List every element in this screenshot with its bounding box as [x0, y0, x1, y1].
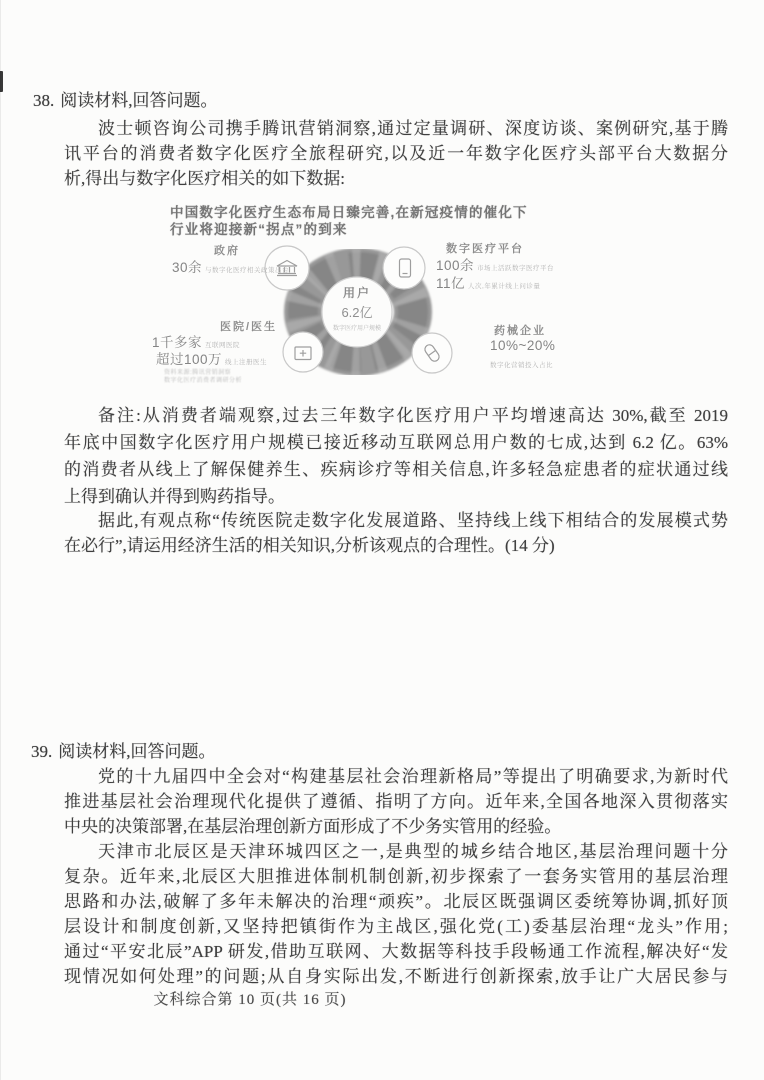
text-line: 在必行”,请运用经济生活的相关知识,分析该观点的合理性。(14 分) — [64, 533, 728, 558]
text-line: 复杂。近年来,北辰区大胆推进体制机制创新,初步探索了一套务实管用的基层治理 — [64, 864, 728, 889]
hospital-desc2: 线上注册医生 — [225, 359, 267, 366]
q38-task-paragraph: 据此,有观点称“传统医院走数字化发展道路、坚持线上线下相结合的发展模式势 在必行… — [64, 508, 728, 558]
q39-paragraph-1: 党的十九届四中全会对“构建基层社会治理新格局”等提出了明确要求,为新时代 推进基… — [64, 764, 728, 839]
scanned-exam-page: 38.阅读材料,回答问题。 波士顿咨询公司携手腾讯营销洞察,通过定量调研、深度访… — [0, 0, 764, 1080]
text-line: 中央的决策部署,在基层治理创新方面形成了不少务实管用的经验。 — [64, 814, 728, 839]
question-prompt: 阅读材料,回答问题。 — [58, 742, 215, 761]
digital-healthcare-ecosystem-diagram: 中国数字化医疗生态布局日臻完善,在新冠疫情的催化下 行业将迎接新“拐点”的到来 — [150, 202, 650, 402]
text-line: 据此,有观点称“传统医院走数字化发展道路、坚持线上线下相结合的发展模式势 — [64, 508, 728, 533]
platform-value1: 100余 — [436, 258, 474, 273]
platform-desc2: 人次,年累计线上问诊量 — [468, 283, 540, 290]
hospital-value2: 超过100万 — [156, 352, 222, 367]
scan-edge-mark — [0, 71, 3, 92]
text-line: 层设计和制度创新,又坚持把镇街作为主战区,强化党(工)委基层治理“龙头”作用; — [64, 914, 728, 939]
question-38-heading: 38.阅读材料,回答问题。 — [33, 86, 218, 111]
pharma-stat: 10%~20% — [490, 337, 555, 355]
platform-value2: 11亿 — [436, 276, 465, 291]
text-line: 析,得出与数字化医疗相关的如下数据: — [64, 166, 728, 191]
q39-paragraph-2: 天津市北辰区是天津环城四区之一,是典型的城乡结合地区,基层治理问题十分 复杂。近… — [64, 839, 728, 989]
source-note-line2: 数字化医疗消费者调研分析 — [164, 377, 242, 385]
scan-edge-line — [0, 0, 1, 1080]
text-line: 备注:从消费者端观察,过去三年数字化医疗用户平均增速高达 30%,截至 2019 — [64, 402, 728, 429]
text-line: 上得到确认并得到购药指导。 — [64, 483, 728, 510]
text-line: 现情况如何处理”的问题;从自身实际出发,不断进行创新探索,放手让广大居民参与 — [64, 964, 728, 989]
platform-node-circle — [383, 247, 425, 289]
text-line: 思路和办法,破解了多年未解决的治理“顽疾”。北辰区既强调区委统筹协调,抓好顶 — [64, 889, 728, 914]
text-line: 通过“平安北辰”APP 研发,借助互联网、大数据等科技手段畅通工作流程,解决好“… — [64, 939, 728, 964]
user-desc: 数字医疗用户规模 — [322, 323, 392, 332]
text-line: 推进基层社会治理现代化提供了遵循、指明了方向。近年来,全国各地深入贯彻落实 — [64, 789, 728, 814]
question-prompt: 阅读材料,回答问题。 — [60, 91, 217, 110]
text-line: 波士顿咨询公司携手腾讯营销洞察,通过定量调研、深度访谈、案例研究,基于腾 — [64, 116, 728, 141]
government-stat: 30余与数字化医疗相关政策出台 — [172, 256, 289, 277]
q38-intro-paragraph: 波士顿咨询公司携手腾讯营销洞察,通过定量调研、深度访谈、案例研究,基于腾 讯平台… — [64, 116, 728, 191]
text-line: 天津市北辰区是天津环城四区之一,是典型的城乡结合地区,基层治理问题十分 — [64, 839, 728, 864]
text-line: 党的十九届四中全会对“构建基层社会治理新格局”等提出了明确要求,为新时代 — [64, 764, 728, 789]
source-note: 资料来源:腾讯营销洞察 数字化医疗消费者调研分析 — [164, 369, 242, 385]
user-value: 6.2亿 — [322, 302, 392, 321]
text-line: 的消费者从线上了解保健养生、疾病诊疗等相关信息,许多轻急症患者的症状通过线 — [64, 456, 728, 483]
question-39-heading: 39.阅读材料,回答问题。 — [31, 737, 216, 762]
hospital-stat-2: 超过100万线上注册医生 — [156, 348, 267, 369]
pharma-value: 10%~20% — [490, 338, 555, 353]
question-number: 39. — [31, 742, 52, 761]
question-number: 38. — [33, 91, 54, 110]
user-center-stat: 用户 6.2亿 数字医疗用户规模 — [322, 284, 392, 332]
text-line: 年底中国数字化医疗用户规模已接近移动互联网总用户数的七成,达到 6.2 亿。63… — [64, 429, 728, 456]
pharma-desc-row: 数字化营销投入占比 — [490, 354, 553, 372]
pharma-desc: 数字化营销投入占比 — [490, 362, 553, 369]
source-note-line1: 资料来源:腾讯营销洞察 — [164, 369, 242, 377]
platform-desc1: 市场上活跃数字医疗平台 — [477, 265, 554, 272]
user-label: 用户 — [322, 284, 392, 301]
page-footer: 文科综合第 10 页(共 16 页) — [118, 988, 382, 1009]
text-line: 讯平台的消费者数字化医疗全旅程研究,以及近一年数字化医疗头部平台大数据分 — [64, 141, 728, 166]
platform-stat-2: 11亿人次,年累计线上问诊量 — [436, 272, 540, 293]
government-desc: 与数字化医疗相关政策出台 — [205, 267, 289, 274]
pharma-label: 药械企业 — [494, 322, 546, 338]
q38-note-paragraph: 备注:从消费者端观察,过去三年数字化医疗用户平均增速高达 30%,截至 2019… — [64, 402, 728, 510]
government-value: 30余 — [172, 260, 202, 275]
